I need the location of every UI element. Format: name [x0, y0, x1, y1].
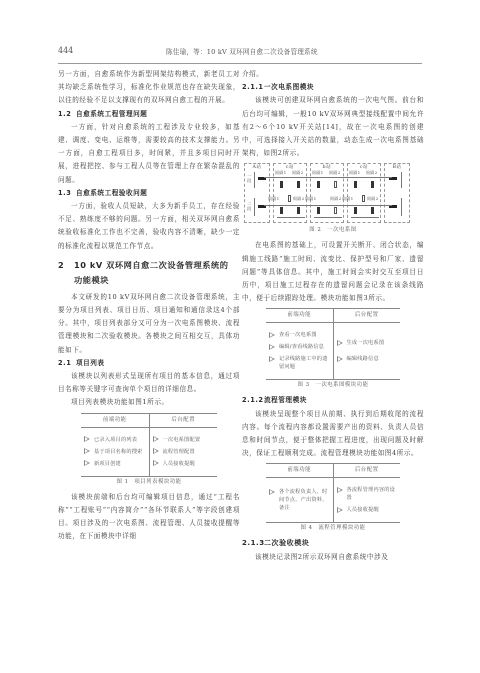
triangle-bullet-icon — [337, 487, 343, 493]
breaker-icon — [371, 207, 374, 214]
section-title: 项目列表 — [76, 359, 105, 367]
section-number: 1.2 — [58, 108, 76, 121]
breaker-icon — [317, 181, 320, 188]
open-breaker-icon — [288, 195, 291, 202]
triangle-bullet-icon — [153, 436, 159, 442]
station-c2: c站 间隔1 间隔2 间隔1 间隔2 — [347, 163, 381, 223]
section-heading-2-1: 2.1项目列表 — [58, 357, 240, 370]
paragraph: 该模块呈现整个项目从前期、执行到后期收尾的流程内容。每个流程内容都设置需要产出的… — [242, 408, 424, 461]
triangle-bullet-icon — [269, 356, 275, 362]
section-heading-1-3: 1.3自愈系统工程验收问题 — [58, 187, 240, 200]
section-number: 2.1.3 — [242, 537, 264, 550]
figure-header-row: 前端功能 后台配置 — [266, 464, 400, 478]
feature-item: 记录线路施工中的遗留问题 — [269, 355, 330, 371]
station-B: B站 — [384, 163, 410, 223]
back-header: 后台配置 — [334, 464, 401, 477]
triangle-bullet-icon — [153, 460, 159, 466]
section-title-line1: 10 kV 双环网自愈二次设备管理系统的 — [74, 260, 229, 270]
triangle-bullet-icon — [337, 356, 343, 362]
feature-item: 新项目创建 — [84, 460, 146, 468]
triangle-bullet-icon — [269, 332, 275, 338]
section-title: 二次验收模块 — [264, 539, 309, 547]
open-breaker-icon — [334, 207, 337, 214]
figure-header-row: 前端功能 后台配置 — [81, 414, 217, 428]
feature-item: 人员接收提醒 — [337, 506, 398, 514]
section-number: 2.1.2 — [242, 394, 264, 407]
paragraph: 一方面，针对自愈系统的工程涉及专业较多，如基建、调度、变电、运维等，需要较高的技… — [58, 121, 240, 187]
open-breaker-icon — [334, 181, 337, 188]
section-heading-2-1-3: 2.1.3二次验收模块 — [242, 537, 424, 550]
back-features: 各流程管理内容的设置 人员接收提醒 — [334, 478, 401, 522]
paragraph: 介绍。 — [242, 68, 424, 81]
open-breaker-icon — [362, 195, 365, 202]
figure-header-row: 前端功能 后台配置 — [266, 309, 400, 323]
breaker-icon — [371, 181, 374, 188]
station-a: A站 一段 二段 — [244, 163, 270, 223]
figure-1-caption: 图 1 项目列表模块功能 — [58, 477, 240, 487]
breaker-icon — [280, 207, 283, 214]
breaker-icon — [297, 181, 300, 188]
triangle-bullet-icon — [84, 436, 90, 442]
front-header: 前端功能 — [81, 414, 150, 427]
section-heading-2: 210 kV 双环网自愈二次设备管理系统的 功能模块 — [58, 258, 240, 288]
running-title: 陈佳瑜，等：10 kV 双环网自愈二次设备管理系统 — [166, 46, 318, 56]
figure-3-table: 前端功能 后台配置 查看一次电系图 编辑/查看线路信息 记录线路施工中的遗留问题… — [266, 308, 400, 380]
feature-item: 各流程管理内容的设置 — [337, 486, 398, 502]
breaker-icon — [317, 207, 320, 214]
back-header: 后台配置 — [334, 309, 401, 322]
front-features: 已录入项目的列表 基于项目名称的搜索 新项目创建 — [81, 428, 150, 476]
section-title-line2: 功能模块 — [58, 273, 240, 288]
paragraph: 另一方面，自愈系统作为新型网架结构模式，新老员工对其均缺乏系统性学习，标准化作业… — [58, 68, 240, 108]
section-heading-2-1-1: 2.1.1一次电系图模块 — [242, 81, 424, 94]
figure-body: 已录入项目的列表 基于项目名称的搜索 新项目创建 一次电系图配置 流程管理配置 … — [81, 428, 217, 476]
figure-3-caption: 图 3 一次电系图模块功能 — [242, 380, 424, 390]
back-header: 后台配置 — [150, 414, 218, 427]
section-number: 2.1.1 — [242, 81, 264, 94]
page-header: 444 陈佳瑜，等：10 kV 双环网自愈二次设备管理系统 — [58, 46, 422, 58]
paragraph: 本文研发的10 kV双环网自愈二次设备管理系统，主要分为项目列表、项目日历、项目… — [58, 291, 240, 357]
triangle-bullet-icon — [269, 489, 275, 495]
section-title: 一次电系图模块 — [264, 83, 314, 91]
back-features: 一次电系图配置 流程管理配置 人员接收提醒 — [150, 428, 218, 476]
paragraph: 该模块记录图2所示双环网自愈系统中涉及 — [242, 551, 424, 564]
figure-body: 各个流程负责人、时间节点、产出资料、备注 各流程管理内容的设置 人员接收提醒 — [266, 478, 400, 522]
front-features: 查看一次电系图 编辑/查看线路信息 记录线路施工中的遗留问题 — [266, 323, 334, 379]
triangle-bullet-icon — [153, 448, 159, 454]
feature-item: 编辑/查看线路信息 — [269, 343, 330, 351]
breaker-icon — [354, 181, 357, 188]
back-features: 生成一次电系图 编辑线路信息 — [334, 323, 401, 379]
feature-item: 已录入项目的列表 — [84, 436, 146, 444]
front-header: 前端功能 — [266, 464, 334, 477]
breaker-icon — [297, 207, 300, 214]
feature-item: 各个流程负责人、时间节点、产出资料、备注 — [269, 488, 330, 512]
triangle-bullet-icon — [84, 448, 90, 454]
triangle-bullet-icon — [84, 460, 90, 466]
bus-segment-2 — [264, 205, 392, 206]
breaker-icon — [354, 207, 357, 214]
figure-2-caption: 图 2 一次电系图 — [242, 225, 424, 235]
triangle-bullet-icon — [337, 507, 343, 513]
triangle-bullet-icon — [269, 344, 275, 350]
feature-item: 一次电系图配置 — [153, 436, 215, 444]
paragraph: 一方面，验收人员短缺，大多为新手员工，存在经验不足、熟练度不够的问题。另一方面，… — [58, 200, 240, 253]
right-column: 介绍。 2.1.1一次电系图模块 该模块可创建双环网自愈系统的一次电气图。前台和… — [242, 68, 424, 564]
bus-segment-1 — [264, 177, 392, 178]
section-number: 1.3 — [58, 187, 76, 200]
feature-item: 基于项目名称的搜索 — [84, 448, 146, 456]
front-features: 各个流程负责人、时间节点、产出资料、备注 — [266, 478, 334, 522]
triangle-bullet-icon — [337, 340, 343, 346]
header-rule — [58, 63, 422, 64]
section-title: 流程管理模块 — [264, 396, 307, 404]
segment-label: 一段 — [247, 174, 252, 183]
feature-item: 查看一次电系图 — [269, 331, 330, 339]
section-title: 自愈系统工程验收问题 — [76, 189, 147, 197]
section-heading-2-1-2: 2.1.2流程管理模块 — [242, 394, 424, 407]
figure-2-diagram: A站 一段 二段 c站 间隔1 间隔2 间隔1 间隔2 b站 间隔1 间隔2 — [244, 163, 422, 225]
feature-item: 生成一次电系图 — [337, 339, 398, 347]
feature-item: 流程管理配置 — [153, 448, 215, 456]
section-number: 2.1 — [58, 357, 76, 370]
left-column: 另一方面，自愈系统作为新型网架结构模式，新老员工对其均缺乏系统性学习，标准化作业… — [58, 68, 240, 543]
station-b: b站 间隔1 间隔2 间隔1 间隔2 — [310, 163, 344, 223]
feature-item: 编辑线路信息 — [337, 355, 398, 363]
figure-4-table: 前端功能 后台配置 各个流程负责人、时间节点、产出资料、备注 各流程管理内容的设… — [266, 463, 400, 523]
section-title: 自愈系统工程管理问题 — [76, 110, 147, 118]
paragraph: 项目列表模块功能如图1所示。 — [58, 396, 240, 409]
section-heading-1-2: 1.2自愈系统工程管理问题 — [58, 108, 240, 121]
section-number: 2 — [58, 258, 74, 273]
figure-1-table: 前端功能 后台配置 已录入项目的列表 基于项目名称的搜索 新项目创建 一次电系图… — [81, 413, 217, 477]
paragraph: 在电系图的基础上，可设置开关断开、闭合状态，编辑施工线路“施工时间、流变比、保护… — [242, 239, 424, 305]
figure-body: 查看一次电系图 编辑/查看线路信息 记录线路施工中的遗留问题 生成一次电系图 编… — [266, 323, 400, 379]
paragraph: 该模块以列表形式呈现所有项目的基本信息，通过项目名称等关键字可查询单个项目的详细… — [58, 370, 240, 396]
breaker-icon — [280, 181, 283, 188]
front-header: 前端功能 — [266, 309, 334, 322]
feature-item: 人员接收提醒 — [153, 460, 215, 468]
figure-4-caption: 图 4 流程管理模块功能 — [242, 523, 424, 533]
paragraph: 该模块可创建双环网自愈系统的一次电气图。前台和后台均可编辑，一般10 kV双环网… — [242, 94, 424, 160]
paragraph: 该模块前端和后台均可编辑项目信息，通过“工程名称”“工程账号”“内容简介”“各环… — [58, 491, 240, 544]
page-number: 444 — [58, 46, 73, 55]
station-c1: c站 间隔1 间隔2 间隔1 间隔2 — [273, 163, 307, 223]
segment-label: 二段 — [247, 202, 252, 211]
